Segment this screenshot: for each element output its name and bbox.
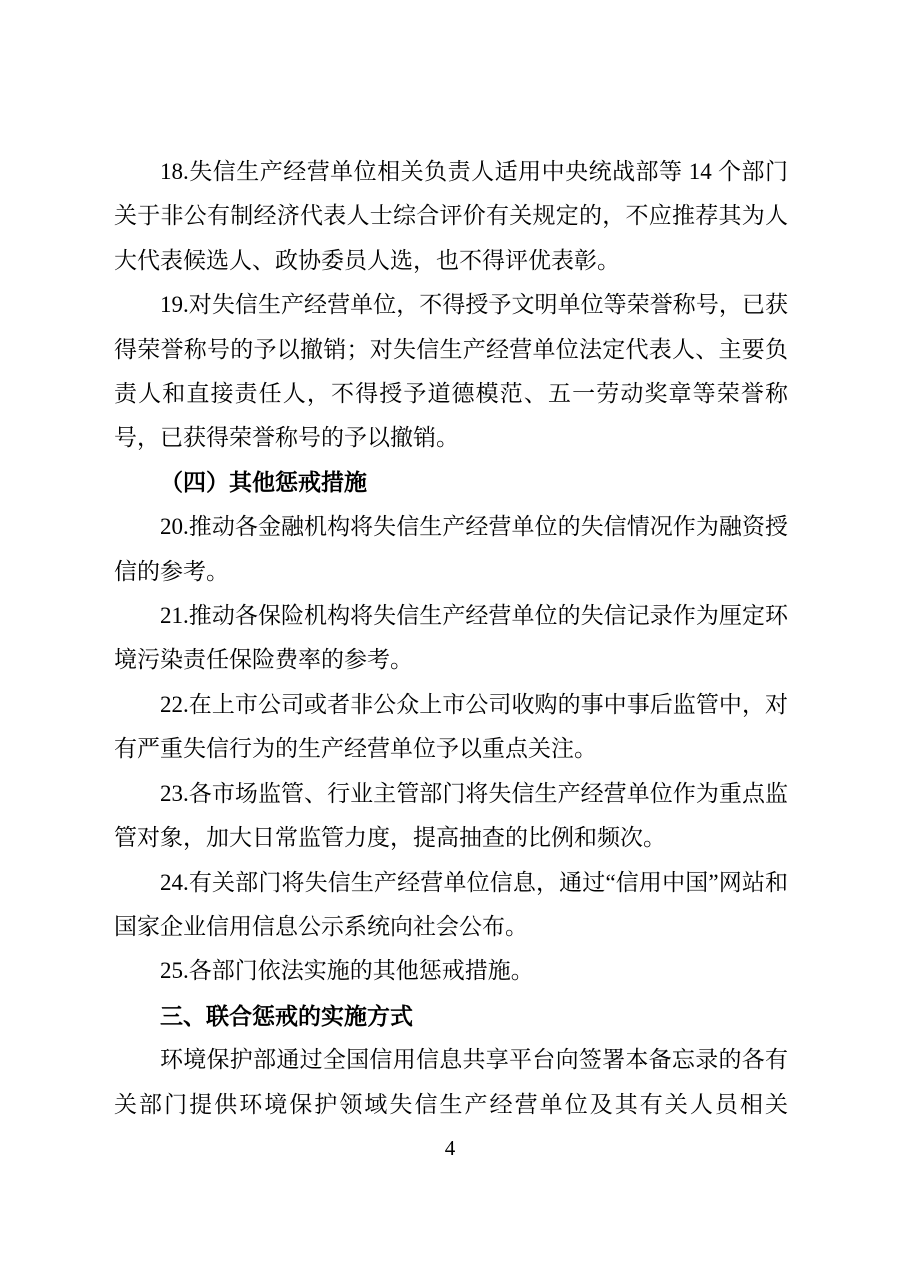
section-heading: 三、联合惩戒的实施方式 [114, 994, 788, 1038]
document-body: 18.失信生产经营单位相关负责人适用中央统战部等 14 个部门关于非公有制经济代… [114, 150, 788, 1127]
paragraph: 24.有关部门将失信生产经营单位信息，通过“信用中国”网站和国家企业信用信息公示… [114, 861, 788, 950]
paragraph: 22.在上市公司或者非公众上市公司收购的事中事后监管中，对有严重失信行为的生产经… [114, 683, 788, 772]
paragraph: 20.推动各金融机构将失信生产经营单位的失信情况作为融资授信的参考。 [114, 505, 788, 594]
paragraph: 18.失信生产经营单位相关负责人适用中央统战部等 14 个部门关于非公有制经济代… [114, 150, 788, 283]
paragraph: 23.各市场监管、行业主管部门将失信生产经营单位作为重点监管对象，加大日常监管力… [114, 772, 788, 861]
paragraph: 19.对失信生产经营单位，不得授予文明单位等荣誉称号，已获得荣誉称号的予以撤销；… [114, 283, 788, 461]
paragraph: 25.各部门依法实施的其他惩戒措施。 [114, 949, 788, 993]
section-heading: （四）其他惩戒措施 [114, 461, 788, 505]
paragraph: 环境保护部通过全国信用信息共享平台向签署本备忘录的各有关部门提供环境保护领域失信… [114, 1038, 788, 1127]
page-number: 4 [0, 1136, 900, 1161]
paragraph: 21.推动各保险机构将失信生产经营单位的失信记录作为厘定环境污染责任保险费率的参… [114, 594, 788, 683]
document-page: 18.失信生产经营单位相关负责人适用中央统战部等 14 个部门关于非公有制经济代… [0, 0, 900, 1273]
